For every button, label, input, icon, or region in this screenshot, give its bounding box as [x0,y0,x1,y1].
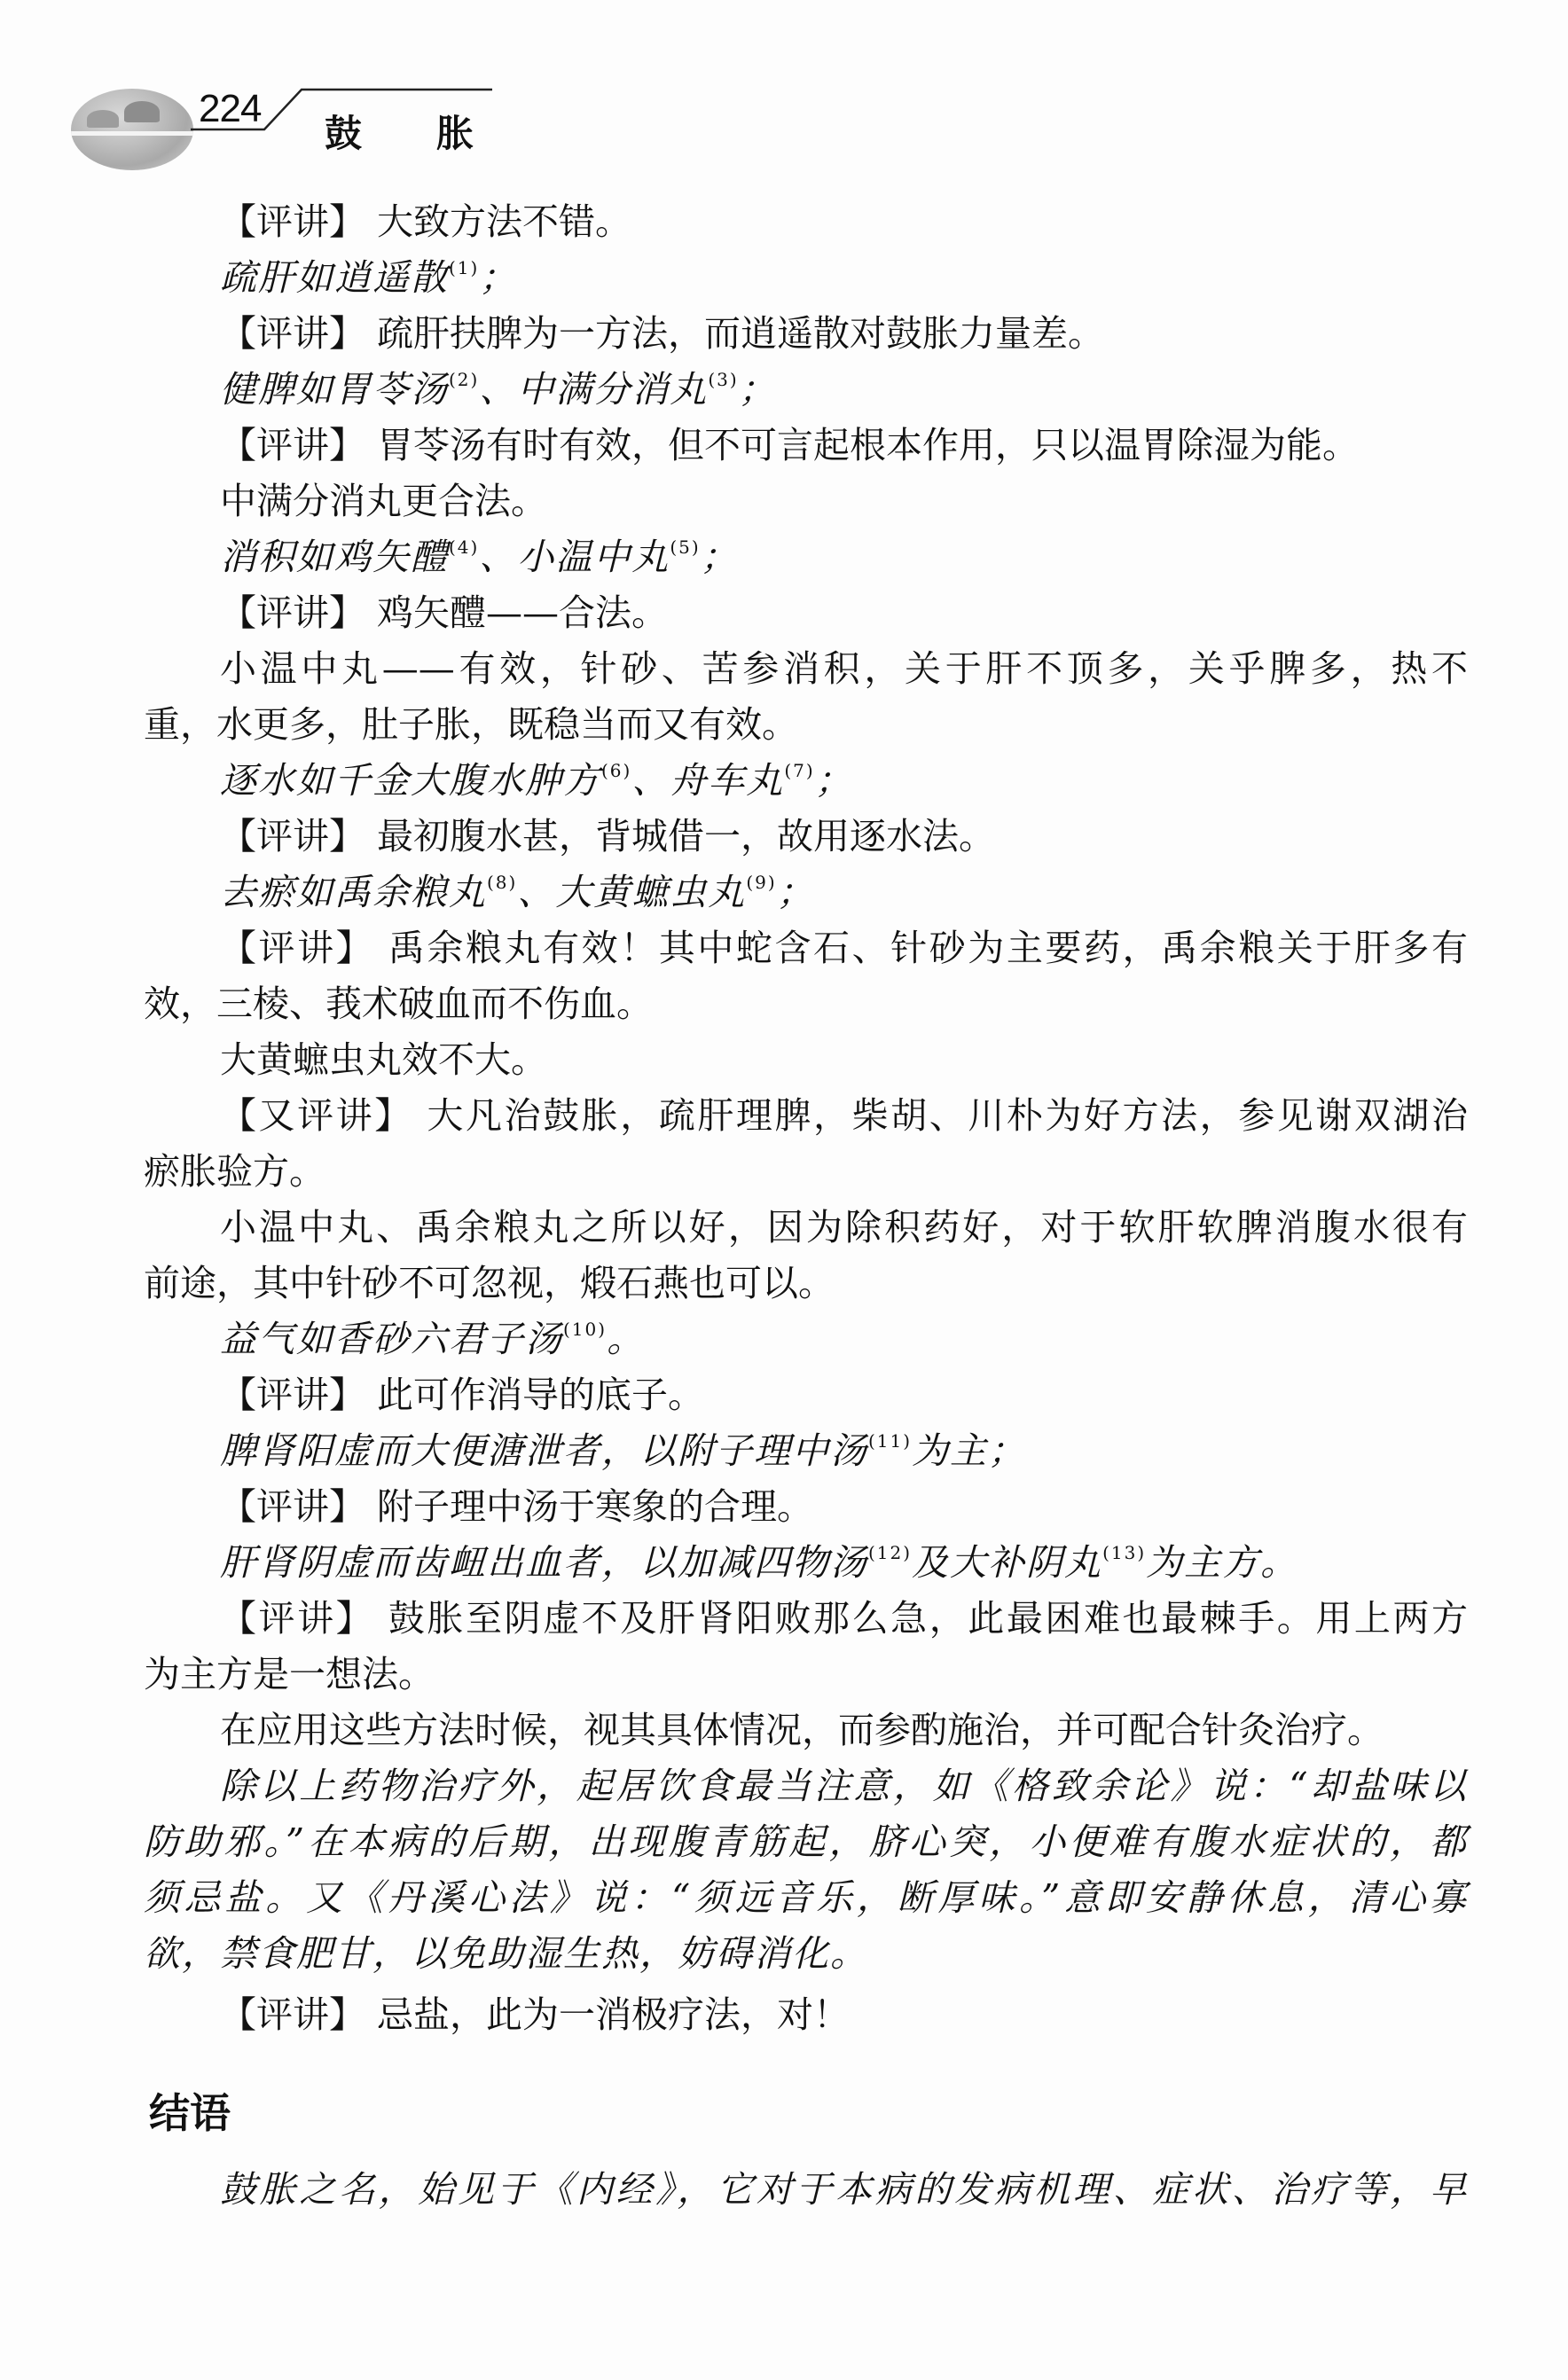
line-text: 前途，其中针砂不可忽视，煅石燕也可以。 [144,1262,835,1304]
footnote-marker: (1) [449,257,479,278]
text-line: 【评讲】 疏肝扶脾为一方法，而逍遥散对鼓胀力量差。 [220,312,1104,355]
line-text: 逐水如千金大腹水肿方 [220,759,601,802]
footnote-marker: (4) [449,536,479,558]
line-text: 小温中丸、禹余粮丸之所以好，因为除积药好，对于软肝软脾消腹水很有 [220,1206,1468,1249]
line-text: 【评讲】 大致方法不错。 [220,200,631,243]
text-line: 【评讲】 忌盐，此为一消极疗法，对！ [220,1993,850,2036]
footnote-marker: (5) [670,536,700,558]
text-line: 消积如鸡矢醴(4)、小温中丸(5)； [220,536,739,578]
text-line: 大黄蟅虫丸效不大。 [220,1038,547,1081]
line-text: 肝肾阴虚而齿衄出血者，以加减四物汤 [220,1541,868,1584]
footnote-marker: (10) [563,1319,607,1340]
footnote-marker: (9) [746,872,776,893]
text-line: 前途，其中针砂不可忽视，煅石燕也可以。 [144,1262,835,1304]
line-text: 【评讲】 胃苓汤有时有效，但不可言起根本作用，只以温胃除湿为能。 [220,424,1359,466]
text-line: 须忌盐。又《丹溪心法》说：“须远音乐，断厚味。”意即安静休息，清心寡 [144,1876,1468,1919]
text-line: 【又评讲】 大凡治鼓胀，疏肝理脾，柴胡、川朴为好方法，参见谢双湖治 [220,1094,1468,1137]
chapter-title-char-1: 鼓 [325,105,362,158]
footnote-marker: (12) [868,1542,912,1563]
line-text: 、中满分消丸 [479,368,708,411]
text-line: 为主方是一想法。 [144,1653,435,1695]
line-text: 。 [607,1318,645,1360]
chapter-title-char-2: 胀 [436,105,474,158]
text-line: 鼓胀之名，始见于《内经》，它对于本病的发病机理、症状、治疗等，早 [220,2168,1468,2211]
text-line: 逐水如千金大腹水肿方(6)、舟车丸(7)； [220,759,853,802]
text-line: 肝肾阴虚而齿衄出血者，以加减四物汤(12)及大补阴丸(13)为主方。 [220,1541,1298,1584]
line-text: 【又评讲】 大凡治鼓胀，疏肝理脾，柴胡、川朴为好方法，参见谢双湖治 [220,1094,1468,1137]
text-line: 【评讲】 禹余粮丸有效！其中蛇含石、针砂为主要药，禹余粮关于肝多有 [220,927,1468,969]
line-text: 小温中丸——有效，针砂、苦参消积，关于肝不顶多，关乎脾多，热不 [220,647,1468,690]
text-line: 【评讲】 大致方法不错。 [220,200,631,243]
line-text: 消积如鸡矢醴 [220,536,449,578]
footnote-marker: (11) [868,1430,912,1452]
text-line: 防助邪。”在本病的后期，出现腹青筋起，脐心突，小便难有腹水症状的，都 [144,1820,1468,1863]
line-text: 益气如香砂六君子汤 [220,1318,563,1360]
line-text: 为主； [912,1429,1026,1472]
section-heading: 结语 [149,2081,231,2140]
text-line: 瘀胀验方。 [144,1150,325,1193]
text-line: 益气如香砂六君子汤(10)。 [220,1318,645,1360]
line-text: 在应用这些方法时候，视其具体情况，而参酌施治，并可配合针灸治疗。 [220,1709,1384,1751]
line-text: 、大黄蟅虫丸 [517,871,746,913]
text-line: 在应用这些方法时候，视其具体情况，而参酌施治，并可配合针灸治疗。 [220,1709,1384,1751]
line-text: ； [739,368,777,411]
line-text: 、舟车丸 [631,759,784,802]
text-line: 健脾如胃苓汤(2)、中满分消丸(3)； [220,368,777,411]
text-line: 【评讲】 鸡矢醴——合法。 [220,591,668,634]
line-text: 防助邪。”在本病的后期，出现腹青筋起，脐心突，小便难有腹水症状的，都 [144,1820,1468,1863]
text-line: 疏肝如逍遥散(1)； [220,256,517,299]
footnote-marker: (6) [601,760,631,781]
text-line: 小温中丸、禹余粮丸之所以好，因为除积药好，对于软肝软脾消腹水很有 [220,1206,1468,1249]
line-text: 效，三棱、莪术破血而不伤血。 [144,983,653,1025]
line-text: 【评讲】 附子理中汤于寒象的合理。 [220,1485,813,1528]
line-text: 【评讲】 最初腹水甚，背城借一，故用逐水法。 [220,815,995,857]
line-text: ； [815,759,853,802]
line-text: 为主方是一想法。 [144,1653,435,1695]
footnote-marker: (3) [708,369,738,390]
text-line: 【评讲】 附子理中汤于寒象的合理。 [220,1485,813,1528]
line-text: 【评讲】 疏肝扶脾为一方法，而逍遥散对鼓胀力量差。 [220,312,1104,355]
line-text: 健脾如胃苓汤 [220,368,449,411]
line-text: 、小温中丸 [479,536,670,578]
footnote-marker: (13) [1102,1542,1146,1563]
line-text: 【评讲】 禹余粮丸有效！其中蛇含石、针砂为主要药，禹余粮关于肝多有 [220,927,1468,969]
footnote-marker: (7) [784,760,814,781]
text-line: 【评讲】 此可作消导的底子。 [220,1374,704,1416]
text-line: 重，水更多，肚子胀，既稳当而又有效。 [144,703,798,746]
line-text: 除以上药物治疗外，起居饮食最当注意，如《格致余论》说：“却盐味以 [220,1765,1468,1807]
line-text: 脾肾阳虚而大便溏泄者，以附子理中汤 [220,1429,868,1472]
line-text: 去瘀如禹余粮丸 [220,871,487,913]
line-text: 须忌盐。又《丹溪心法》说：“须远音乐，断厚味。”意即安静休息，清心寡 [144,1876,1468,1919]
line-text: 为主方。 [1146,1541,1298,1584]
text-line: 除以上药物治疗外，起居饮食最当注意，如《格致余论》说：“却盐味以 [220,1765,1468,1807]
line-text: ； [701,536,739,578]
line-text: 及大补阴丸 [912,1541,1102,1584]
text-line: 【评讲】 鼓胀至阴虚不及肝肾阳败那么急，此最困难也最棘手。用上两方 [220,1597,1468,1640]
line-text: 重，水更多，肚子胀，既稳当而又有效。 [144,703,798,746]
line-text: 【评讲】 鸡矢醴——合法。 [220,591,668,634]
footnote-marker: (8) [487,872,517,893]
line-text: 疏肝如逍遥散 [220,256,449,299]
line-text: 【评讲】 忌盐，此为一消极疗法，对！ [220,1993,850,2036]
text-line: 效，三棱、莪术破血而不伤血。 [144,983,653,1025]
line-text: 中满分消丸更合法。 [220,480,547,522]
line-text: ； [479,256,517,299]
text-line: 去瘀如禹余粮丸(8)、大黄蟅虫丸(9)； [220,871,815,913]
text-line: 脾肾阳虚而大便溏泄者，以附子理中汤(11)为主； [220,1429,1026,1472]
line-text: 【评讲】 此可作消导的底子。 [220,1374,704,1416]
line-text: 欲，禁食肥甘，以免助湿生热，妨碍消化。 [144,1932,868,1975]
line-text: 瘀胀验方。 [144,1150,325,1193]
text-line: 欲，禁食肥甘，以免助湿生热，妨碍消化。 [144,1932,868,1975]
footnote-marker: (2) [449,369,479,390]
text-line: 中满分消丸更合法。 [220,480,547,522]
line-text: 【评讲】 鼓胀至阴虚不及肝肾阳败那么急，此最困难也最棘手。用上两方 [220,1597,1468,1640]
line-text: 鼓胀之名，始见于《内经》，它对于本病的发病机理、症状、治疗等，早 [220,2168,1468,2211]
line-text: ； [777,871,815,913]
text-line: 【评讲】 胃苓汤有时有效，但不可言起根本作用，只以温胃除湿为能。 [220,424,1359,466]
text-line: 【评讲】 最初腹水甚，背城借一，故用逐水法。 [220,815,995,857]
text-line: 小温中丸——有效，针砂、苦参消积，关于肝不顶多，关乎脾多，热不 [220,647,1468,690]
book-page: 224 鼓 胀 【评讲】 大致方法不错。疏肝如逍遥散(1)；【评讲】 疏肝扶脾为… [0,0,1568,2380]
line-text: 大黄蟅虫丸效不大。 [220,1038,547,1081]
